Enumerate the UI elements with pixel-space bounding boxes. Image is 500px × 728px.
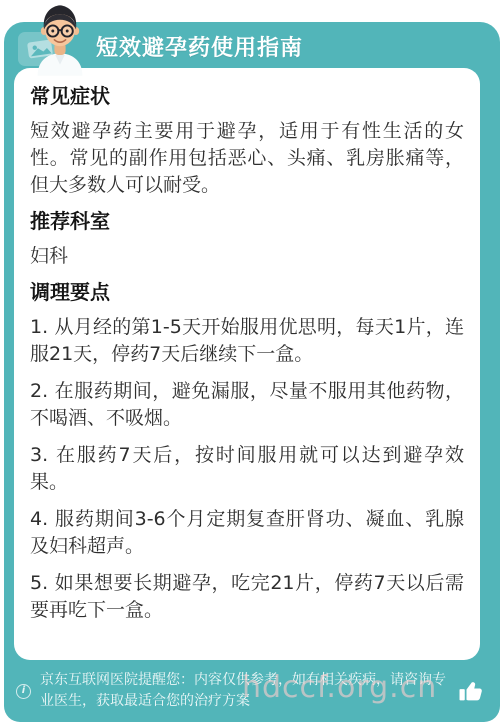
care-point-2: 2. 在服药期间，避免漏服，尽量不服用其他药物，不喝酒、不吸烟。 (30, 378, 464, 432)
thumbs-up-icon[interactable] (456, 676, 486, 706)
department-value: 妇科 (30, 243, 464, 270)
care-point-1: 1. 从月经的第1-5天开始服用优思明，每天1片，连服21天，停药7天后继续下一… (30, 314, 464, 368)
info-icon: i (16, 684, 31, 699)
doctor-avatar (28, 2, 92, 76)
section-heading-symptoms: 常见症状 (30, 84, 464, 109)
footer-bar: i 京东互联网医院提醒您：内容仅供参考，如有相关疾病，请咨询专业医生，获取最适合… (4, 660, 500, 722)
section-heading-department: 推荐科室 (30, 209, 464, 234)
header-band: 短效避孕药使用指南 (4, 22, 500, 68)
card-frame: 短效避孕药使用指南 常见症状 短效避孕药主要用于避孕，适用于有性生活的女性。常见… (4, 22, 500, 722)
symptoms-paragraph: 短效避孕药主要用于避孕，适用于有性生活的女性。常见的副作用包括恶心、头痛、乳房胀… (30, 118, 464, 199)
disclaimer-text: 京东互联网医院提醒您：内容仅供参考，如有相关疾病，请咨询专业医生，获取最适合您的… (40, 670, 450, 712)
page-title: 短效避孕药使用指南 (96, 31, 303, 62)
content-card: 常见症状 短效避孕药主要用于避孕，适用于有性生活的女性。常见的副作用包括恶心、头… (14, 68, 480, 660)
care-point-5: 5. 如果想要长期避孕，吃完21片，停药7天以后需要再吃下一盒。 (30, 570, 464, 624)
section-heading-care-points: 调理要点 (30, 280, 464, 305)
care-point-3: 3. 在服药7天后，按时间服用就可以达到避孕效果。 (30, 442, 464, 496)
care-point-4: 4. 服药期间3-6个月定期复查肝肾功、凝血、乳腺及妇科超声。 (30, 506, 464, 560)
